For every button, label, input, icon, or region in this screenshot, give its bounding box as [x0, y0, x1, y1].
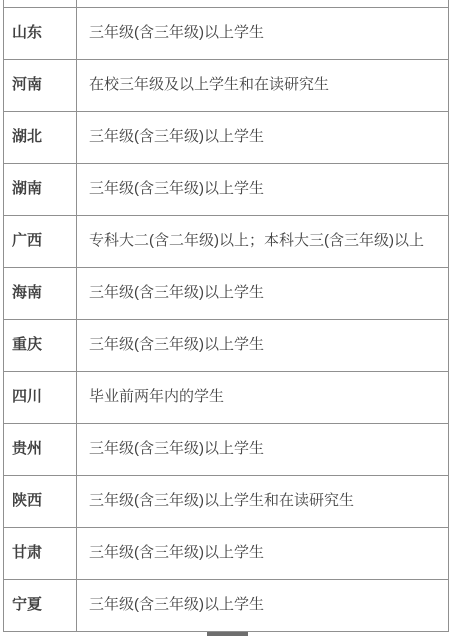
eligibility-cell: 三年级(含三年级)以上学生 [77, 580, 449, 632]
eligibility-cell: 在校三年级及以上学生和在读研究生 [77, 60, 449, 112]
eligibility-cell: 专科大二(含二年级)以上；本科大三(含三年级)以上 [77, 216, 449, 268]
province-cell: 湖北 [4, 112, 77, 164]
province-cell: 甘肃 [4, 528, 77, 580]
province-eligibility-table: 山东 三年级(含三年级)以上学生 河南 在校三年级及以上学生和在读研究生 湖北 … [3, 0, 449, 632]
table-row: 四川 毕业前两年内的学生 [4, 372, 449, 424]
table-row: 甘肃 三年级(含三年级)以上学生 [4, 528, 449, 580]
eligibility-cell: 三年级(含三年级)以上学生 [77, 528, 449, 580]
province-cell: 贵州 [4, 424, 77, 476]
table-row: 陕西 三年级(含三年级)以上学生和在读研究生 [4, 476, 449, 528]
eligibility-cell: 三年级(含三年级)以上学生 [77, 268, 449, 320]
province-cell [4, 0, 77, 8]
province-cell: 河南 [4, 60, 77, 112]
province-cell: 陕西 [4, 476, 77, 528]
table-row: 山东 三年级(含三年级)以上学生 [4, 8, 449, 60]
province-cell: 重庆 [4, 320, 77, 372]
table-row: 重庆 三年级(含三年级)以上学生 [4, 320, 449, 372]
eligibility-cell: 三年级(含三年级)以上学生 [77, 424, 449, 476]
province-cell: 广西 [4, 216, 77, 268]
province-cell: 四川 [4, 372, 77, 424]
eligibility-cell: 三年级(含三年级)以上学生 [77, 8, 449, 60]
province-cell: 宁夏 [4, 580, 77, 632]
eligibility-cell: 三年级(含三年级)以上学生和在读研究生 [77, 476, 449, 528]
partial-row-top [4, 0, 449, 8]
province-cell: 海南 [4, 268, 77, 320]
screen: 山东 三年级(含三年级)以上学生 河南 在校三年级及以上学生和在读研究生 湖北 … [0, 0, 455, 636]
eligibility-cell [77, 0, 449, 8]
table-row: 贵州 三年级(含三年级)以上学生 [4, 424, 449, 476]
eligibility-cell: 毕业前两年内的学生 [77, 372, 449, 424]
eligibility-cell: 三年级(含三年级)以上学生 [77, 164, 449, 216]
table-row: 广西 专科大二(含二年级)以上；本科大三(含三年级)以上 [4, 216, 449, 268]
eligibility-cell: 三年级(含三年级)以上学生 [77, 320, 449, 372]
table-row: 海南 三年级(含三年级)以上学生 [4, 268, 449, 320]
table-row: 宁夏 三年级(含三年级)以上学生 [4, 580, 449, 632]
table-row: 湖南 三年级(含三年级)以上学生 [4, 164, 449, 216]
province-cell: 湖南 [4, 164, 77, 216]
table-row: 湖北 三年级(含三年级)以上学生 [4, 112, 449, 164]
table-row: 河南 在校三年级及以上学生和在读研究生 [4, 60, 449, 112]
eligibility-cell: 三年级(含三年级)以上学生 [77, 112, 449, 164]
bottom-cutoff-element [207, 632, 248, 636]
province-cell: 山东 [4, 8, 77, 60]
